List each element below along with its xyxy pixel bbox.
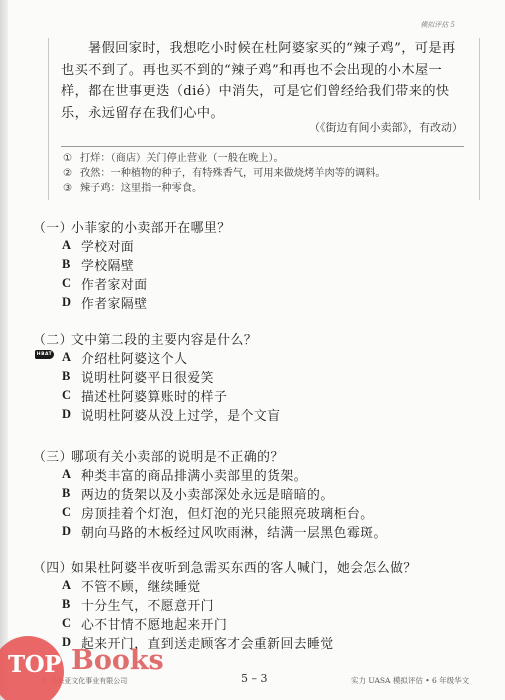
question-1: （一） 小菲家的小卖部开在哪里？ A学校对面 B学校隔壁 C作者家对面 D作者家…	[33, 216, 231, 312]
option-text: 不管不顾，继续睡觉	[81, 576, 201, 595]
options-list: A不管不顾，继续睡觉 B十分生气，不愿意开门 C心不甘情不愿地起来开门 D起来开…	[33, 576, 417, 652]
footnote: ② 孜然：一种植物的种子，有特殊香气，可用来做烧烤羊肉等的调料。	[63, 166, 386, 181]
option-letter: A	[62, 467, 81, 482]
option-letter: B	[62, 597, 81, 612]
footnotes-list: ① 打烊：（商店）关门停止营业（一般在晚上）。 ② 孜然：一种植物的种子，有特殊…	[63, 151, 386, 196]
question-text: 哪项有关小卖部的说明是不正确的？	[71, 446, 284, 465]
option-letter: A	[62, 238, 81, 253]
page-binding-edge	[0, 0, 8, 700]
option-b[interactable]: B两边的货架以及小卖部深处永远是暗暗的。	[33, 484, 387, 503]
option-text: 心不甘情不愿地起来开门	[81, 614, 227, 633]
option-c[interactable]: C作者家对面	[33, 274, 231, 293]
option-d[interactable]: D作者家隔壁	[33, 293, 231, 312]
question-number: （四）	[33, 557, 71, 576]
footnote: ① 打烊：（商店）关门停止营业（一般在晚上）。	[63, 151, 386, 166]
footnote: ③ 辣子鸡：这里指一种零食。	[63, 181, 386, 196]
footnote-text: 孜然：一种植物的种子，有特殊香气，可用来做烧烤羊肉等的调料。	[80, 166, 386, 181]
topbooks-logo-top: TOP	[8, 651, 61, 678]
option-text: 学校对面	[81, 236, 134, 255]
footnote-number: ①	[63, 151, 80, 166]
option-letter: D	[62, 524, 81, 539]
option-text: 十分生气，不愿意开门	[81, 595, 214, 614]
option-letter: D	[62, 407, 81, 422]
option-text: 介绍杜阿婆这个人	[81, 348, 187, 367]
question-number: （二）	[33, 329, 71, 348]
option-letter: C	[62, 505, 81, 520]
option-a[interactable]: A不管不顾，继续睡觉	[33, 576, 417, 595]
options-list: HBAT A介绍杜阿婆这个人 B说明杜阿婆平日很爱笑 C描述杜阿婆算账时的样子 …	[33, 348, 280, 424]
option-letter: D	[62, 295, 81, 310]
question-title: （二） 文中第二段的主要内容是什么？	[33, 328, 280, 348]
footer-page-number: 5 – 3	[241, 672, 268, 685]
option-a[interactable]: HBAT A介绍杜阿婆这个人	[33, 348, 280, 367]
option-letter: C	[62, 388, 81, 403]
option-letter: C	[62, 276, 81, 291]
option-letter: B	[62, 486, 81, 501]
options-list: A学校对面 B学校隔壁 C作者家对面 D作者家隔壁	[33, 236, 231, 312]
hbat-badge-icon: HBAT	[35, 350, 54, 359]
option-letter: B	[62, 369, 81, 384]
footnote-number: ②	[63, 166, 80, 181]
option-text: 说明杜阿婆平日很爱笑	[81, 367, 214, 386]
question-text: 小菲家的小卖部开在哪里？	[71, 217, 231, 236]
option-text: 作者家隔壁	[81, 293, 147, 312]
option-a[interactable]: A种类丰富的商品排满小卖部里的货架。	[33, 465, 387, 484]
option-text: 学校隔壁	[81, 255, 134, 274]
question-title: （四） 如果杜阿婆半夜听到急需买东西的客人喊门，她会怎么做？	[33, 556, 417, 576]
passage-citation: （《街边有间小卖部》，有改动）	[309, 119, 463, 135]
option-text: 说明杜阿婆从没上过学，是个文盲	[81, 405, 280, 424]
option-letter: A	[62, 350, 81, 365]
option-text: 朝向马路的木板经过风吹雨淋，结满一层黑色霉斑。	[81, 522, 387, 541]
footnote-text: 辣子鸡：这里指一种零食。	[80, 181, 202, 196]
option-c[interactable]: C房顶挂着个灯泡，但灯泡的光只能照亮玻璃柜台。	[33, 503, 387, 522]
question-3: （三） 哪项有关小卖部的说明是不正确的？ A种类丰富的商品排满小卖部里的货架。 …	[33, 445, 387, 541]
question-title: （三） 哪项有关小卖部的说明是不正确的？	[33, 445, 387, 465]
question-title: （一） 小菲家的小卖部开在哪里？	[33, 216, 231, 236]
options-list: A种类丰富的商品排满小卖部里的货架。 B两边的货架以及小卖部深处永远是暗暗的。 …	[33, 465, 387, 541]
question-4: （四） 如果杜阿婆半夜听到急需买东西的客人喊门，她会怎么做？ A不管不顾，继续睡…	[33, 556, 417, 652]
footnote-number: ③	[63, 181, 80, 196]
option-text: 两边的货架以及小卖部深处永远是暗暗的。	[81, 484, 334, 503]
passage-box: 暑假回家时，我想吃小时候在杜阿婆家买的“辣子鸡”，可是再也买不到了。再也买不到的…	[48, 38, 480, 200]
passage-paragraph: 暑假回家时，我想吃小时候在杜阿婆家买的“辣子鸡”，可是再也买不到了。再也买不到的…	[61, 38, 466, 124]
question-number: （一）	[33, 217, 71, 236]
question-text: 文中第二段的主要内容是什么？	[71, 329, 257, 348]
running-header: 模拟评估 5	[420, 20, 455, 30]
option-b[interactable]: B说明杜阿婆平日很爱笑	[33, 367, 280, 386]
option-a[interactable]: A学校对面	[33, 236, 231, 255]
document-page: 模拟评估 5 暑假回家时，我想吃小时候在杜阿婆家买的“辣子鸡”，可是再也买不到了…	[8, 0, 505, 700]
option-d[interactable]: D说明杜阿婆从没上过学，是个文盲	[33, 405, 280, 424]
option-text: 房顶挂着个灯泡，但灯泡的光只能照亮玻璃柜台。	[81, 503, 374, 522]
topbooks-logo-books: Books	[71, 645, 164, 676]
option-letter: B	[62, 257, 81, 272]
option-text: 种类丰富的商品排满小卖部里的货架。	[81, 465, 307, 484]
footer-book-title: 实力 UASA 模拟评估 • 6 年级华文	[351, 675, 469, 686]
question-2: （二） 文中第二段的主要内容是什么？ HBAT A介绍杜阿婆这个人 B说明杜阿婆…	[33, 328, 280, 424]
option-c[interactable]: C心不甘情不愿地起来开门	[33, 614, 417, 633]
question-number: （三）	[33, 446, 71, 465]
option-c[interactable]: C描述杜阿婆算账时的样子	[33, 386, 280, 405]
option-d[interactable]: D朝向马路的木板经过风吹雨淋，结满一层黑色霉斑。	[33, 522, 387, 541]
option-letter: C	[62, 616, 81, 631]
option-b[interactable]: B学校隔壁	[33, 255, 231, 274]
notes-divider	[61, 146, 464, 147]
option-text: 作者家对面	[81, 274, 147, 293]
option-letter: A	[62, 578, 81, 593]
question-text: 如果杜阿婆半夜听到急需买东西的客人喊门，她会怎么做？	[71, 557, 417, 576]
option-text: 描述杜阿婆算账时的样子	[81, 386, 227, 405]
footnote-text: 打烊：（商店）关门停止营业（一般在晚上）。	[80, 151, 284, 166]
option-b[interactable]: B十分生气，不愿意开门	[33, 595, 417, 614]
